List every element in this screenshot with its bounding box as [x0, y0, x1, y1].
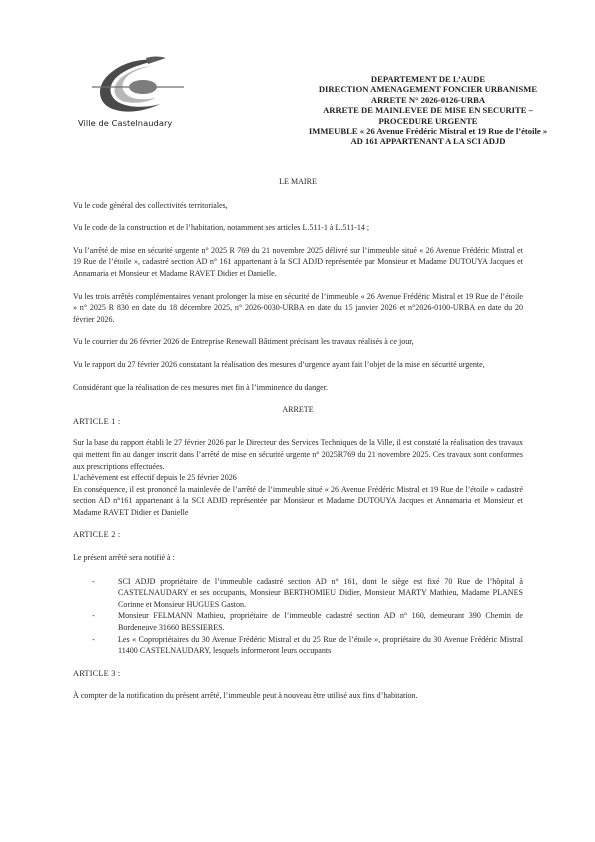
logo-caption: Ville de Castelnaudary [78, 118, 208, 128]
document-header: DEPARTEMENT DE L’AUDE DIRECTION AMENAGEM… [268, 74, 588, 147]
recipient-text: Monsieur FELMANN Mathieu, propriétaire d… [118, 611, 523, 632]
document-title-line1: ARRETE DE MAINLEVEE DE MISE EN SECURITE … [268, 105, 588, 115]
document-title-line2: PROCEDURE URGENTE [268, 116, 588, 126]
direction-name: DIRECTION AMENAGEMENT FONCIER URBANISME [268, 84, 588, 94]
article-3-title: ARTICLE 3 : [73, 668, 523, 680]
document-body: LE MAIRE Vu le code général des collecti… [73, 176, 523, 702]
visa-5: Vu le courrier du 26 février 2026 de Ent… [73, 336, 523, 348]
bullet-dash: - [92, 634, 95, 646]
arrete-heading: ARRETE [73, 404, 523, 416]
article-3-text: À compter de la notification du présent … [73, 690, 523, 702]
recipient-list: - SCI ADJD propriétaire de l’immeuble ca… [73, 576, 523, 657]
visa-6: Vu le rapport du 27 février 2026 constat… [73, 359, 523, 371]
castelnaudary-logo-icon [86, 54, 186, 116]
visa-4: Vu les trois arrêtés complémentaires ven… [73, 291, 523, 326]
building-line2: AD 161 APPARTENANT A LA SCI ADJD [268, 136, 588, 146]
le-maire-heading: LE MAIRE [73, 176, 523, 188]
department-name: DEPARTEMENT DE L’AUDE [268, 74, 588, 84]
visa-2: Vu le code de la construction et de l’ha… [73, 222, 523, 234]
considerant: Considérant que la réalisation de ces me… [73, 382, 523, 394]
article-1-title: ARTICLE 1 : [73, 416, 523, 428]
recipient-item: - Les « Copropriétaires du 30 Avenue Fré… [118, 634, 523, 657]
visa-1: Vu le code général des collectivités ter… [73, 200, 523, 212]
article-1-para-3: En conséquence, il est prononcé la mainl… [73, 484, 523, 519]
recipient-text: Les « Copropriétaires du 30 Avenue Frédé… [118, 635, 523, 656]
city-logo: Ville de Castelnaudary [78, 52, 198, 132]
building-line1: IMMEUBLE « 26 Avenue Frédéric Mistral et… [268, 126, 588, 136]
article-1-para-1: Sur la base du rapport établi le 27 févr… [73, 437, 523, 472]
bullet-dash: - [92, 610, 95, 622]
recipient-item: - SCI ADJD propriétaire de l’immeuble ca… [118, 576, 523, 611]
recipient-text: SCI ADJD propriétaire de l’immeuble cada… [118, 577, 523, 609]
article-2-title: ARTICLE 2 : [73, 529, 523, 541]
recipient-item: - Monsieur FELMANN Mathieu, propriétaire… [118, 610, 523, 633]
arrete-number: ARRETE N° 2026-0126-URBA [268, 95, 588, 105]
article-2-intro: Le présent arrêté sera notifié à : [73, 552, 523, 564]
bullet-dash: - [92, 576, 95, 588]
article-1-para-2: L’achèvement est effectif depuis le 25 f… [73, 472, 523, 484]
visa-3: Vu l’arrêté de mise en sécurité urgente … [73, 245, 523, 280]
